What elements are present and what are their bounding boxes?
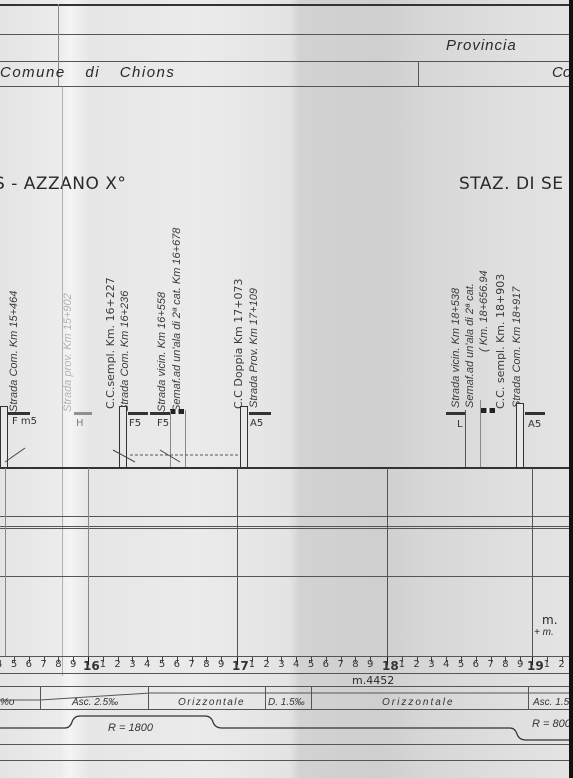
km-marker: 17: [232, 659, 242, 673]
scale-bottom: [0, 673, 573, 674]
tick-label: 5: [306, 659, 316, 670]
gradient-label: Orizzontale: [382, 697, 455, 708]
grid-line: [0, 576, 573, 577]
tick-label: 5: [9, 659, 19, 670]
tick-label: 3: [276, 659, 286, 670]
tick-label: 2: [412, 659, 422, 670]
profile-divider: [311, 686, 312, 709]
length-label: m.4452: [352, 674, 394, 687]
km-marker: 16: [83, 659, 93, 673]
tick-label: 1: [397, 659, 407, 670]
elevation-label: m.: [542, 613, 558, 627]
km-marker: 19: [527, 659, 537, 673]
profile-divider: [0, 744, 573, 745]
tick-label: 2: [262, 659, 272, 670]
tick-label: 7: [39, 659, 49, 670]
tick-label: 5: [157, 659, 167, 670]
profile-divider: [265, 686, 266, 709]
tick-label: 4: [441, 659, 451, 670]
tick-label: 2: [113, 659, 123, 670]
tick-label: 9: [68, 659, 78, 670]
profile-divider: [0, 709, 573, 710]
tick-label: 2: [557, 659, 567, 670]
track-baseline: [0, 467, 573, 469]
tick-label: 9: [365, 659, 375, 670]
gradient-label: D. 1.5‰: [268, 697, 305, 708]
tick-label: 8: [350, 659, 360, 670]
tick-label: 6: [471, 659, 481, 670]
gradient-label: %o: [0, 697, 14, 708]
profile-top: [0, 686, 573, 687]
tick-label: 7: [336, 659, 346, 670]
km-marker: 18: [382, 659, 392, 673]
gradient-label: Asc. 1.5: [533, 697, 569, 708]
tick-label: 7: [486, 659, 496, 670]
grid-line: [0, 516, 573, 517]
scale-top: [0, 656, 573, 657]
tick-label: 5: [456, 659, 466, 670]
gradient-label: Asc. 2.5‰: [72, 697, 118, 708]
tick-label: 9: [515, 659, 525, 670]
profile-divider: [528, 686, 529, 709]
curve-radius-label: R = 1800: [108, 722, 153, 734]
tick-label: 1: [98, 659, 108, 670]
curve-radius-label: R = 800: [532, 718, 571, 730]
grid-vline: [387, 468, 388, 656]
grid-line: [0, 528, 573, 529]
elevation-label: + m.: [534, 627, 554, 638]
grid-vline: [88, 468, 89, 656]
profile-divider: [148, 686, 149, 709]
tick-label: 4: [0, 659, 4, 670]
profile-bottom: [0, 760, 573, 761]
tick-label: 6: [24, 659, 34, 670]
grid-vline: [532, 468, 533, 656]
tick-label: 3: [127, 659, 137, 670]
tick-label: 7: [187, 659, 197, 670]
sheet-edge: [569, 0, 573, 778]
gradient-label: Orizzontale: [178, 697, 245, 708]
grid-line: [0, 526, 573, 527]
tick-label: 6: [172, 659, 182, 670]
grid-vline: [5, 468, 6, 656]
grid-vline: [237, 468, 238, 656]
tick-label: 3: [426, 659, 436, 670]
profile-divider: [40, 686, 41, 709]
tick-label: 8: [201, 659, 211, 670]
tick-label: 9: [216, 659, 226, 670]
tick-label: 1: [542, 659, 552, 670]
tick-label: 4: [291, 659, 301, 670]
tick-label: 8: [53, 659, 63, 670]
tick-label: 8: [500, 659, 510, 670]
tick-label: 6: [321, 659, 331, 670]
tick-label: 1: [247, 659, 257, 670]
tick-label: 4: [142, 659, 152, 670]
